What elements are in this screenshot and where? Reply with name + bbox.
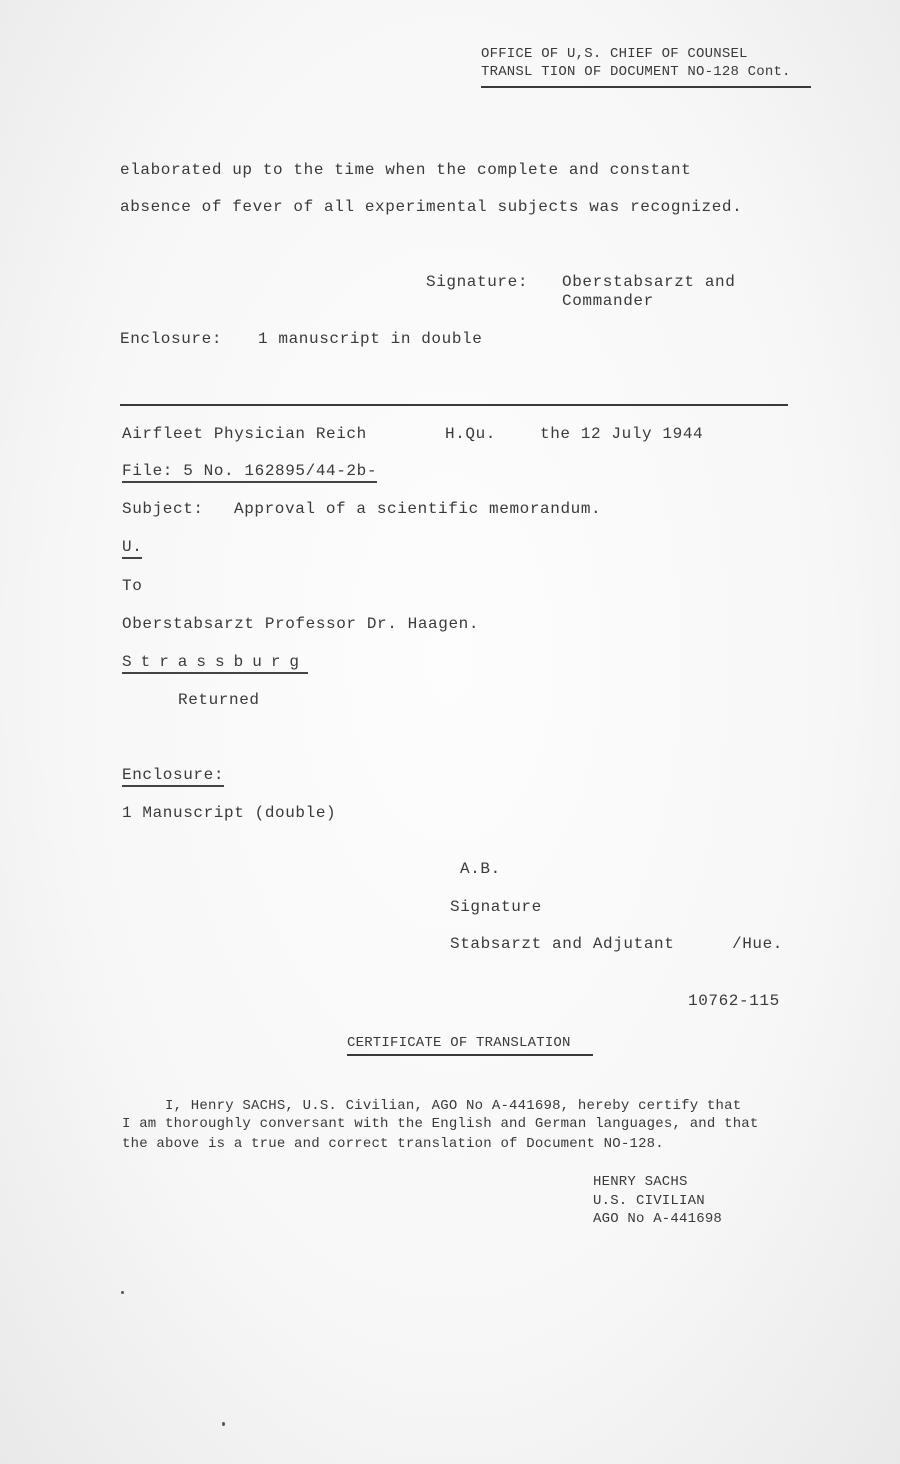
header-translation-line: TRANSL TION OF DOCUMENT NO-128 Cont. xyxy=(481,64,791,80)
certificate-line-2: I am thoroughly conversant with the Engl… xyxy=(122,1116,759,1132)
memo-initials: /Hue. xyxy=(732,935,783,953)
memo-from: Airfleet Physician Reich xyxy=(122,425,367,443)
signature-line-2: Commander xyxy=(562,292,654,310)
paper-speck xyxy=(121,1291,124,1294)
memo-returned: Returned xyxy=(178,691,260,709)
memo-file-number: File: 5 No. 162895/44-2b- xyxy=(122,462,377,483)
memo-date: the 12 July 1944 xyxy=(540,425,703,443)
memo-recipient: Oberstabsarzt Professor Dr. Haagen. xyxy=(122,615,479,633)
memo-document-number: 10762-115 xyxy=(688,992,780,1010)
document-page: OFFICE OF U,S. CHIEF OF COUNSEL TRANSL T… xyxy=(0,0,900,1464)
certificate-title-rule xyxy=(347,1054,593,1056)
memo-ab: A.B. xyxy=(460,860,501,878)
memo-subject-value: Approval of a scientific memorandum. xyxy=(234,500,601,518)
certifier-ago-number: AGO No A-441698 xyxy=(593,1211,722,1227)
memo-signer-title: Stabsarzt and Adjutant xyxy=(450,935,674,953)
memo-city: Strassburg xyxy=(122,653,308,674)
memo-u: U. xyxy=(122,538,142,559)
signature-line-1: Oberstabsarzt and xyxy=(562,273,735,291)
certificate-line-3: the above is a true and correct translat… xyxy=(122,1136,664,1152)
enclosure-label: Enclosure: xyxy=(120,330,222,348)
certifier-status: U.S. CIVILIAN xyxy=(593,1193,705,1209)
memo-signature: Signature xyxy=(450,898,542,916)
section-divider xyxy=(120,404,788,406)
memo-subject-label: Subject: xyxy=(122,500,204,518)
memo-enclosure-value: 1 Manuscript (double) xyxy=(122,804,336,822)
enclosure-value: 1 manuscript in double xyxy=(258,330,482,348)
paragraph-line-2: absence of fever of all experimental sub… xyxy=(120,198,742,216)
memo-enclosure-label: Enclosure: xyxy=(122,766,224,787)
certificate-title: CERTIFICATE OF TRANSLATION xyxy=(347,1035,571,1051)
signature-label: Signature: xyxy=(426,273,528,291)
header-rule xyxy=(481,86,811,88)
paper-speck xyxy=(222,1422,225,1426)
memo-to: To xyxy=(122,577,142,595)
header-office: OFFICE OF U,S. CHIEF OF COUNSEL xyxy=(481,46,748,62)
certifier-name: HENRY SACHS xyxy=(593,1174,688,1190)
paragraph-line-1: elaborated up to the time when the compl… xyxy=(120,161,691,179)
memo-hq: H.Qu. xyxy=(445,425,496,443)
certificate-line-1: I, Henry SACHS, U.S. Civilian, AGO No A-… xyxy=(122,1098,741,1114)
